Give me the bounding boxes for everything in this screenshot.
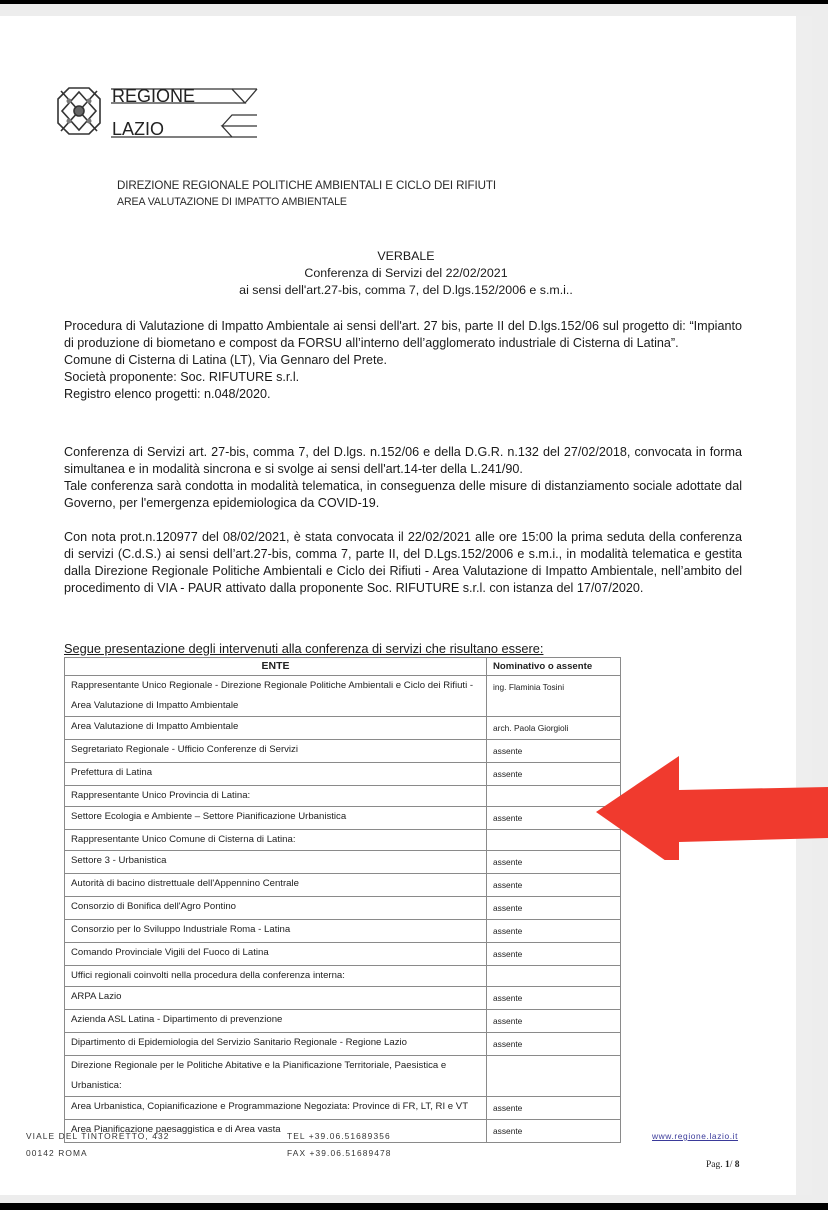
red-arrow-annotation	[596, 720, 828, 860]
table-header-row: ENTE Nominativo o assente	[65, 658, 621, 676]
table-row: Segretariato Regionale - Ufficio Confere…	[65, 740, 621, 763]
procedure-paragraph: Procedura di Valutazione di Impatto Ambi…	[64, 318, 742, 403]
department-name: DIREZIONE REGIONALE POLITICHE AMBIENTALI…	[117, 177, 496, 194]
document-page: REGIONE LAZIO DIREZIONE REGIONALE POLITI…	[0, 16, 812, 1195]
comune-text: Comune di Cisterna di Latina (LT), Via G…	[64, 352, 742, 369]
table-row: Azienda ASL Latina - Dipartimento di pre…	[65, 1010, 621, 1033]
ente-cell: Area Valutazione di Impatto Ambientale	[65, 717, 487, 740]
ente-cell: Rappresentante Unico Regionale - Direzio…	[65, 676, 487, 717]
table-row: Dipartimento di Epidemiologia del Serviz…	[65, 1033, 621, 1056]
nominativo-cell: assente	[487, 1010, 621, 1033]
nominativo-cell: assente	[487, 920, 621, 943]
table-row: Consorzio di Bonifica dell'Agro Pontinoa…	[65, 897, 621, 920]
ente-cell: Segretariato Regionale - Ufficio Confere…	[65, 740, 487, 763]
table-intro: Segue presentazione degli intervenuti al…	[64, 640, 543, 657]
conference-text-2: Tale conferenza sarà condotta in modalit…	[64, 478, 742, 512]
footer-website-link[interactable]: www.regione.lazio.it	[652, 1128, 738, 1145]
ente-cell: Settore Ecologia e Ambiente – Settore Pi…	[65, 807, 487, 830]
societa-text: Società proponente: Soc. RIFUTURE s.r.l.	[64, 369, 742, 386]
ente-cell: Rappresentante Unico Comune di Cisterna …	[65, 830, 487, 851]
participants-table: ENTE Nominativo o assente Rappresentante…	[64, 657, 621, 1143]
table-row: Consorzio per lo Sviluppo Industriale Ro…	[65, 920, 621, 943]
regione-lazio-logo: REGIONE LAZIO	[52, 82, 267, 144]
svg-text:LAZIO: LAZIO	[112, 119, 164, 139]
nominativo-cell: assente	[487, 1033, 621, 1056]
document-subtitle: Conferenza di Servizi del 22/02/2021	[0, 265, 812, 282]
footer-tel: TEL +39.06.51689356	[287, 1128, 391, 1145]
nominativo-cell: assente	[487, 897, 621, 920]
header-ente: ENTE	[65, 658, 487, 676]
nominativo-cell: assente	[487, 1120, 621, 1143]
area-name: AREA VALUTAZIONE DI IMPATTO AMBIENTALE	[117, 194, 496, 211]
convocation-text: Con nota prot.n.120977 del 08/02/2021, è…	[64, 529, 742, 597]
document-title: VERBALE	[0, 248, 812, 265]
table-row: ARPA Lazioassente	[65, 987, 621, 1010]
table-row: Autorità di bacino distrettuale dell'App…	[65, 874, 621, 897]
ente-cell: Azienda ASL Latina - Dipartimento di pre…	[65, 1010, 487, 1033]
nominativo-cell: assente	[487, 874, 621, 897]
nominativo-cell: ing. Flaminia Tosini	[487, 676, 621, 717]
nominativo-cell	[487, 1056, 621, 1097]
table-row: Rappresentante Unico Regionale - Direzio…	[65, 676, 621, 717]
header-nominativo: Nominativo o assente	[487, 658, 621, 676]
ente-cell: Consorzio per lo Sviluppo Industriale Ro…	[65, 920, 487, 943]
ente-cell: Area Urbanistica, Copianificazione e Pro…	[65, 1097, 487, 1120]
ente-cell: ARPA Lazio	[65, 987, 487, 1010]
viewer-frame: REGIONE LAZIO DIREZIONE REGIONALE POLITI…	[0, 4, 828, 1203]
footer-address-city: 00142 ROMA	[26, 1145, 88, 1162]
ente-cell: Direzione Regionale per le Politiche Abi…	[65, 1056, 487, 1097]
ente-cell: Rappresentante Unico Provincia di Latina…	[65, 786, 487, 807]
ente-cell: Prefettura di Latina	[65, 763, 487, 786]
page-number: Pag. 1/ 8	[706, 1160, 740, 1170]
nominativo-cell: assente	[487, 943, 621, 966]
conference-text-1: Conferenza di Servizi art. 27-bis, comma…	[64, 444, 742, 478]
department-header: DIREZIONE REGIONALE POLITICHE AMBIENTALI…	[117, 177, 496, 211]
svg-text:REGIONE: REGIONE	[112, 86, 195, 106]
ente-cell: Autorità di bacino distrettuale dell'App…	[65, 874, 487, 897]
table-row: Comando Provinciale Vigili del Fuoco di …	[65, 943, 621, 966]
conference-paragraph: Conferenza di Servizi art. 27-bis, comma…	[64, 444, 742, 512]
ente-cell: Consorzio di Bonifica dell'Agro Pontino	[65, 897, 487, 920]
table-row: Area Urbanistica, Copianificazione e Pro…	[65, 1097, 621, 1120]
table-row: Settore 3 - Urbanisticaassente	[65, 851, 621, 874]
nominativo-cell	[487, 966, 621, 987]
document-reference: ai sensi dell'art.27-bis, comma 7, del D…	[0, 282, 812, 299]
footer-address-street: VIALE DEL TINTORETTO, 432	[26, 1128, 170, 1145]
table-row: Prefettura di Latinaassente	[65, 763, 621, 786]
table-section-row: Rappresentante Unico Provincia di Latina…	[65, 786, 621, 807]
table-row: Area Valutazione di Impatto Ambientalear…	[65, 717, 621, 740]
ente-cell: Comando Provinciale Vigili del Fuoco di …	[65, 943, 487, 966]
table-section-row: Direzione Regionale per le Politiche Abi…	[65, 1056, 621, 1097]
emblem-icon	[58, 88, 100, 134]
registro-text: Registro elenco progetti: n.048/2020.	[64, 386, 742, 403]
footer-fax: FAX +39.06.51689478	[287, 1145, 392, 1162]
ente-cell: Uffici regionali coinvolti nella procedu…	[65, 966, 487, 987]
table-section-row: Rappresentante Unico Comune di Cisterna …	[65, 830, 621, 851]
nominativo-cell: assente	[487, 987, 621, 1010]
ente-cell: Dipartimento di Epidemiologia del Serviz…	[65, 1033, 487, 1056]
procedure-text: Procedura di Valutazione di Impatto Ambi…	[64, 318, 742, 352]
table-section-row: Uffici regionali coinvolti nella procedu…	[65, 966, 621, 987]
nominativo-cell: assente	[487, 1097, 621, 1120]
table-row: Settore Ecologia e Ambiente – Settore Pi…	[65, 807, 621, 830]
convocation-paragraph: Con nota prot.n.120977 del 08/02/2021, è…	[64, 529, 742, 597]
ente-cell: Settore 3 - Urbanistica	[65, 851, 487, 874]
page-edge	[796, 16, 812, 1195]
